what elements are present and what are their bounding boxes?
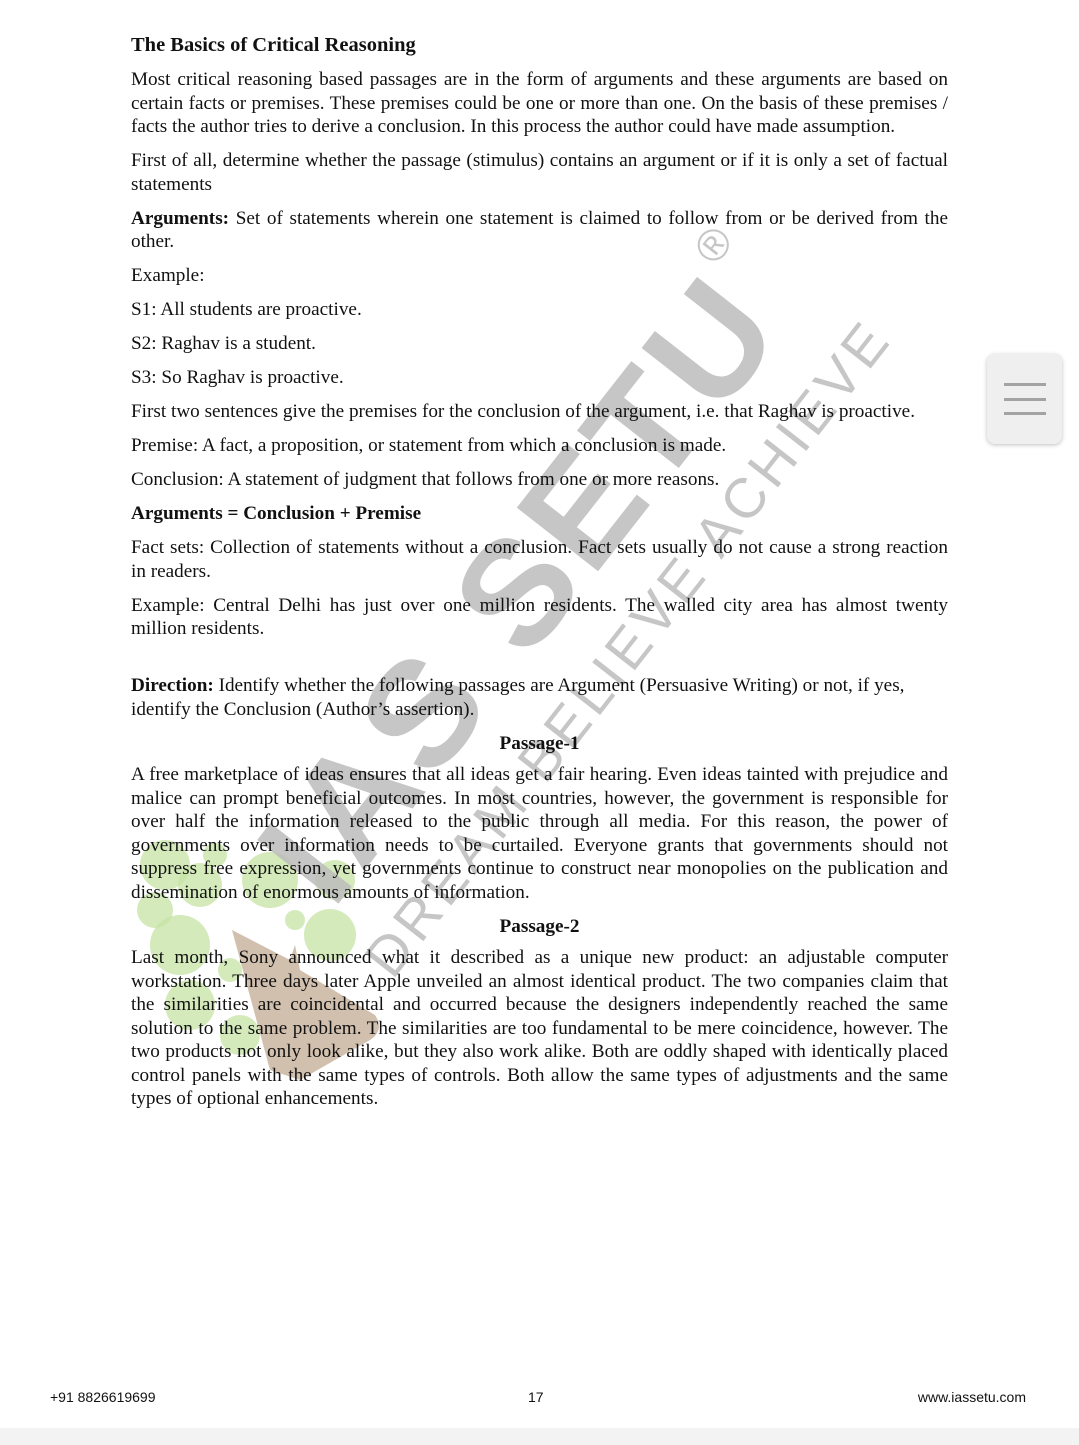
arguments-definition: Arguments: Set of statements wherein one… [131,207,948,254]
menu-button[interactable] [987,354,1062,444]
fact-sets-example: Example: Central Delhi has just over one… [131,594,948,641]
footer-website: www.iassetu.com [918,1389,1026,1405]
intro-paragraph: Most critical reasoning based passages a… [131,68,948,139]
arguments-text: Set of statements wherein one statement … [131,208,948,253]
statement-s1: S1: All students are proactive. [131,298,948,322]
bottom-bar [0,1428,1079,1445]
premise-definition: Premise: A fact, a proposition, or state… [131,434,948,458]
passage-1-text: A free marketplace of ideas ensures that… [131,763,948,904]
first-of-all-paragraph: First of all, determine whether the pass… [131,149,948,196]
arguments-formula: Arguments = Conclusion + Premise [131,502,948,526]
direction-paragraph: Direction: Identify whether the followin… [131,674,948,721]
statement-s2: S2: Raghav is a student. [131,332,948,356]
example-label: Example: [131,264,948,288]
passage-2-text: Last month, Sony announced what it descr… [131,946,948,1111]
fact-sets-definition: Fact sets: Collection of statements with… [131,536,948,583]
document-page: The Basics of Critical Reasoning Most cr… [131,30,948,1121]
footer-page-number: 17 [528,1389,544,1405]
direction-text: Identify whether the following passages … [131,675,904,720]
passage-1-heading: Passage-1 [131,732,948,756]
footer-phone: +91 8826619699 [50,1389,156,1405]
arguments-label: Arguments: [131,208,229,229]
spacer [131,651,948,674]
page-title: The Basics of Critical Reasoning [131,32,948,58]
statement-s3: S3: So Raghav is proactive. [131,366,948,390]
first-two-paragraph: First two sentences give the premises fo… [131,400,948,424]
page-footer: +91 8826619699 17 www.iassetu.com [0,1389,1079,1409]
direction-label: Direction: [131,675,214,696]
conclusion-definition: Conclusion: A statement of judgment that… [131,468,948,492]
passage-2-heading: Passage-2 [131,915,948,939]
